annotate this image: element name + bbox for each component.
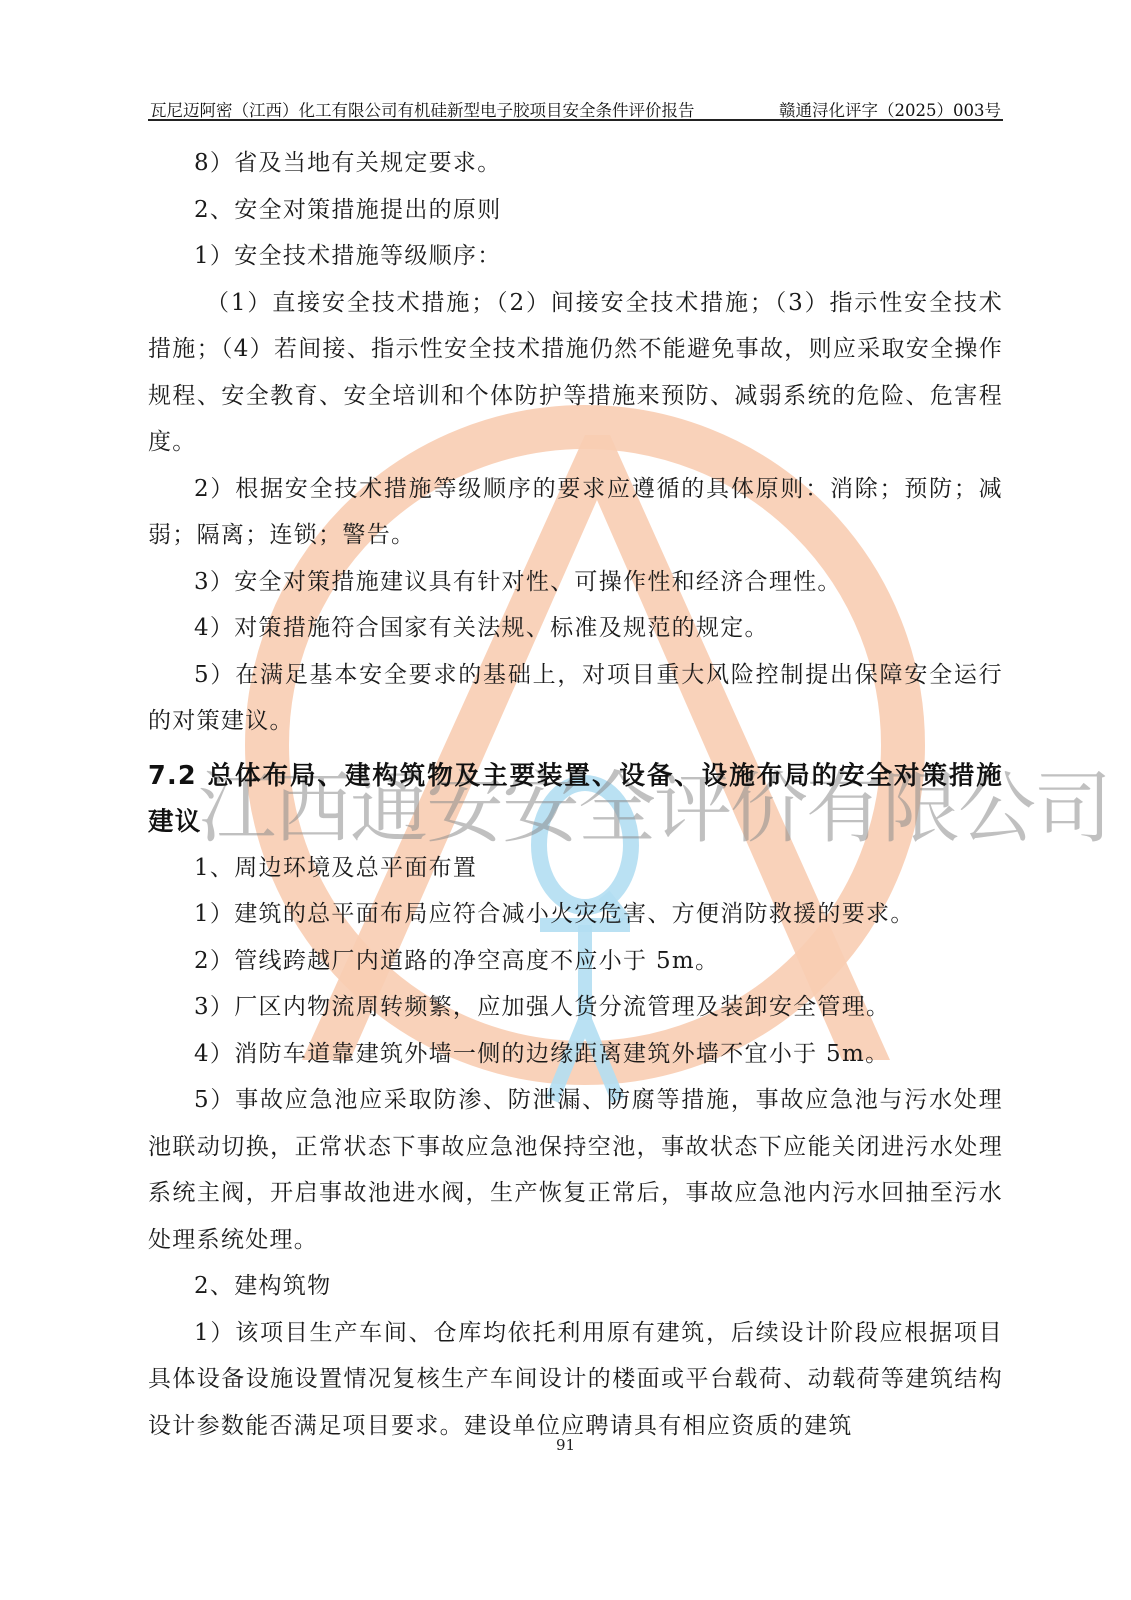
page-number: 91 [0, 1436, 1131, 1454]
paragraph: 4）对策措施符合国家有关法规、标准及规范的规定。 [148, 605, 1003, 652]
document-page: 江西通安安全评价有限公司 瓦尼迈阿密（江西）化工有限公司有机硅新型电子胶项目安全… [0, 0, 1131, 1600]
running-header: 瓦尼迈阿密（江西）化工有限公司有机硅新型电子胶项目安全条件评价报告 赣通浔化评字… [148, 97, 1003, 121]
subsection-title: 2、建构筑物 [148, 1263, 1003, 1310]
paragraph: 2、安全对策措施提出的原则 [148, 187, 1003, 234]
paragraph: 8）省及当地有关规定要求。 [148, 140, 1003, 187]
paragraph: 5）在满足基本安全要求的基础上，对项目重大风险控制提出保障安全运行的对策建议。 [148, 652, 1003, 745]
paragraph: 4）消防车道靠建筑外墙一侧的边缘距离建筑外墙不宜小于 5m。 [148, 1031, 1003, 1078]
paragraph: 3）厂区内物流周转频繁，应加强人货分流管理及装卸安全管理。 [148, 984, 1003, 1031]
paragraph: （1）直接安全技术措施；（2）间接安全技术措施；（3）指示性安全技术措施；（4）… [148, 280, 1003, 466]
header-report-number: 赣通浔化评字（2025）003号 [779, 97, 1001, 121]
subsection-title: 1、周边环境及总平面布置 [148, 845, 1003, 892]
paragraph: 1）该项目生产车间、仓库均依托利用原有建筑，后续设计阶段应根据项目具体设备设施设… [148, 1310, 1003, 1450]
paragraph: 3）安全对策措施建议具有针对性、可操作性和经济合理性。 [148, 559, 1003, 606]
header-report-title: 瓦尼迈阿密（江西）化工有限公司有机硅新型电子胶项目安全条件评价报告 [150, 97, 695, 121]
paragraph: 2）根据安全技术措施等级顺序的要求应遵循的具体原则：消除；预防；减弱；隔离；连锁… [148, 466, 1003, 559]
paragraph: 1）建筑的总平面布局应符合减小火灾危害、方便消防救援的要求。 [148, 891, 1003, 938]
document-body: 8）省及当地有关规定要求。 2、安全对策措施提出的原则 1）安全技术措施等级顺序… [148, 140, 1003, 1449]
paragraph: 1）安全技术措施等级顺序： [148, 233, 1003, 280]
paragraph: 2）管线跨越厂内道路的净空高度不应小于 5m。 [148, 938, 1003, 985]
paragraph: 5）事故应急池应采取防渗、防泄漏、防腐等措施，事故应急池与污水处理池联动切换，正… [148, 1077, 1003, 1263]
section-heading: 7.2 总体布局、建构筑物及主要装置、设备、设施布局的安全对策措施建议 [148, 753, 1003, 845]
